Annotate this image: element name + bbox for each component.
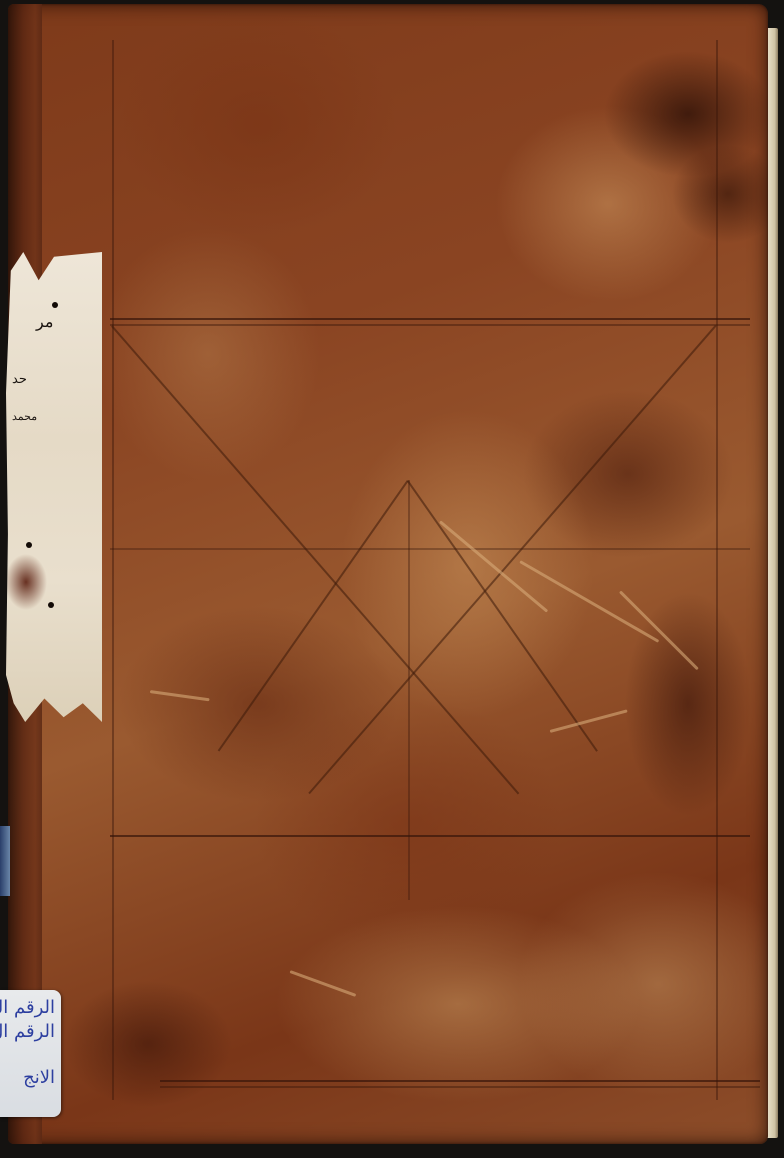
label-text-line: محمد <box>12 410 37 423</box>
wormhole <box>52 302 58 308</box>
catalog-label-line: الرقم ال <box>0 1020 61 1044</box>
book-photo: مر حد محمد الرقم الق الرقم ال الانج <box>0 0 784 1158</box>
tooling-line-lower <box>110 835 750 837</box>
catalog-label-line: الانج <box>0 1066 61 1090</box>
tooling-line-right <box>716 40 718 1100</box>
catalog-number-label: الرقم الق الرقم ال الانج <box>0 990 61 1117</box>
tooling-line-center <box>408 480 410 900</box>
blue-edge-tag <box>0 826 10 896</box>
label-text-line: حد <box>12 372 27 387</box>
wormhole <box>26 542 32 548</box>
tooling-line-top-2 <box>110 324 750 326</box>
tooling-line-mid <box>110 548 750 550</box>
tooling-line-bottom-2 <box>160 1086 760 1088</box>
tooling-line-top <box>110 318 750 320</box>
leather-cover <box>8 4 768 1144</box>
spine-paper-label: مر حد محمد <box>6 252 102 722</box>
tooling-line-bottom <box>160 1080 760 1082</box>
label-text-line: مر <box>36 312 53 331</box>
catalog-label-line: الرقم الق <box>0 996 61 1020</box>
tooling-line-left <box>112 40 114 1100</box>
wormhole <box>48 602 54 608</box>
